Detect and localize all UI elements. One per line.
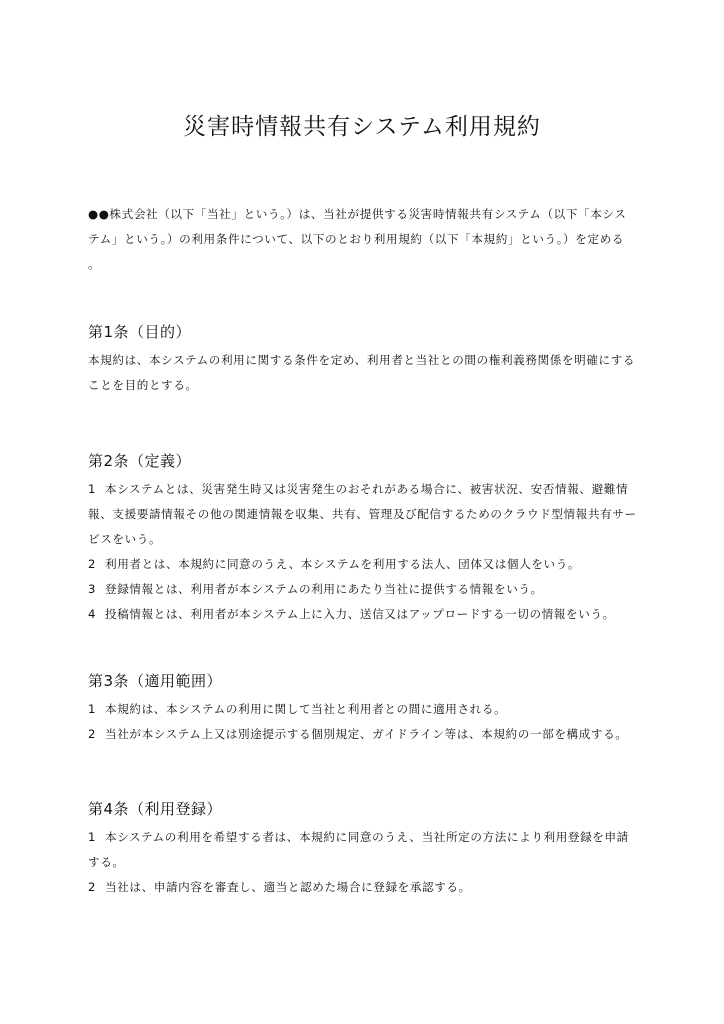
article-item-2: 2当社が本システム上又は別途提示する個別規定、ガイドライン等は、本規約の一部を構…	[88, 722, 640, 747]
item-text: 当社が本システム上又は別途提示する個別規定、ガイドライン等は、本規約の一部を構成…	[105, 727, 627, 741]
article-4: 第4条（利用登録） 1本システムの利用を希望する者は、本規約に同意のうえ、当社所…	[88, 797, 640, 900]
item-number: 2	[88, 552, 105, 577]
item-text: 投稿情報とは、利用者が本システム上に入力、送信又はアップロードする一切の情報をい…	[105, 607, 615, 621]
article-item-2: 2利用者とは、本規約に同意のうえ、本システムを利用する法人、団体又は個人をいう。	[88, 552, 640, 577]
body-line: ビスをいう。	[88, 527, 640, 552]
article-item-1: 1本システムの利用を希望する者は、本規約に同意のうえ、当社所定の方法により利用登…	[88, 825, 640, 875]
item-number: 3	[88, 577, 105, 602]
article-heading: 第3条（適用範囲）	[88, 669, 640, 697]
intro-paragraph: ●●株式会社（以下「当社」という。）は、当社が提供する災害時情報共有システム（以…	[88, 202, 640, 277]
body-line: 本規約は、本システムの利用に関する条件を定め、利用者と当社との間の権利義務関係を…	[88, 348, 640, 373]
body-line: 1本システムの利用を希望する者は、本規約に同意のうえ、当社所定の方法により利用登…	[88, 825, 640, 850]
item-number: 1	[88, 825, 105, 850]
article-item-4: 4投稿情報とは、利用者が本システム上に入力、送信又はアップロードする一切の情報を…	[88, 602, 640, 627]
body-line: ことを目的とする。	[88, 373, 640, 398]
article-2: 第2条（定義） 1本システムとは、災害発生時又は災害発生のおそれがある場合に、被…	[88, 449, 640, 627]
intro-line: ●●株式会社（以下「当社」という。）は、当社が提供する災害時情報共有システム（以…	[88, 202, 640, 227]
article-item-2: 2当社は、申請内容を審査し、適当と認めた場合に登録を承認する。	[88, 875, 640, 900]
body-line: 2利用者とは、本規約に同意のうえ、本システムを利用する法人、団体又は個人をいう。	[88, 552, 640, 577]
document-title: 災害時情報共有システム利用規約	[0, 108, 724, 141]
item-text: 本システムの利用を希望する者は、本規約に同意のうえ、当社所定の方法により利用登録…	[105, 830, 629, 844]
item-text: 登録情報とは、利用者が本システムの利用にあたり当社に提供する情報をいう。	[105, 582, 543, 596]
article-heading: 第1条（目的）	[88, 320, 640, 348]
article-1: 第1条（目的） 本規約は、本システムの利用に関する条件を定め、利用者と当社との間…	[88, 320, 640, 398]
article-item-1: 1本規約は、本システムの利用に関して当社と利用者との間に適用される。	[88, 697, 640, 722]
article-item-3: 3登録情報とは、利用者が本システムの利用にあたり当社に提供する情報をいう。	[88, 577, 640, 602]
article-heading: 第4条（利用登録）	[88, 797, 640, 825]
item-number: 4	[88, 602, 105, 627]
item-text: 利用者とは、本規約に同意のうえ、本システムを利用する法人、団体又は個人をいう。	[105, 557, 580, 571]
intro-line: テム」という。）の利用条件について、以下のとおり利用規約（以下「本規約」という。…	[88, 227, 640, 252]
document-page: 災害時情報共有システム利用規約 ●●株式会社（以下「当社」という。）は、当社が提…	[0, 0, 724, 1024]
body-line: 報、支援要請情報その他の関連情報を収集、共有、管理及び配信するためのクラウド型情…	[88, 502, 640, 527]
item-text: 当社は、申請内容を審査し、適当と認めた場合に登録を承認する。	[105, 880, 471, 894]
article-heading: 第2条（定義）	[88, 449, 640, 477]
body-line: 1本システムとは、災害発生時又は災害発生のおそれがある場合に、被害状況、安否情報…	[88, 477, 640, 502]
item-number: 2	[88, 722, 105, 747]
item-number: 2	[88, 875, 105, 900]
article-3: 第3条（適用範囲） 1本規約は、本システムの利用に関して当社と利用者との間に適用…	[88, 669, 640, 747]
item-text: 本システムとは、災害発生時又は災害発生のおそれがある場合に、被害状況、安否情報、…	[105, 482, 628, 496]
item-number: 1	[88, 477, 105, 502]
body-line: する。	[88, 850, 640, 875]
article-body: 本規約は、本システムの利用に関する条件を定め、利用者と当社との間の権利義務関係を…	[88, 348, 640, 398]
body-line: 2当社が本システム上又は別途提示する個別規定、ガイドライン等は、本規約の一部を構…	[88, 722, 640, 747]
body-line: 2当社は、申請内容を審査し、適当と認めた場合に登録を承認する。	[88, 875, 640, 900]
body-line: 1本規約は、本システムの利用に関して当社と利用者との間に適用される。	[88, 697, 640, 722]
item-text: 本規約は、本システムの利用に関して当社と利用者との間に適用される。	[105, 702, 506, 716]
item-number: 1	[88, 697, 105, 722]
article-item-1: 1本システムとは、災害発生時又は災害発生のおそれがある場合に、被害状況、安否情報…	[88, 477, 640, 552]
body-line: 4投稿情報とは、利用者が本システム上に入力、送信又はアップロードする一切の情報を…	[88, 602, 640, 627]
intro-line: 。	[88, 252, 640, 277]
body-line: 3登録情報とは、利用者が本システムの利用にあたり当社に提供する情報をいう。	[88, 577, 640, 602]
